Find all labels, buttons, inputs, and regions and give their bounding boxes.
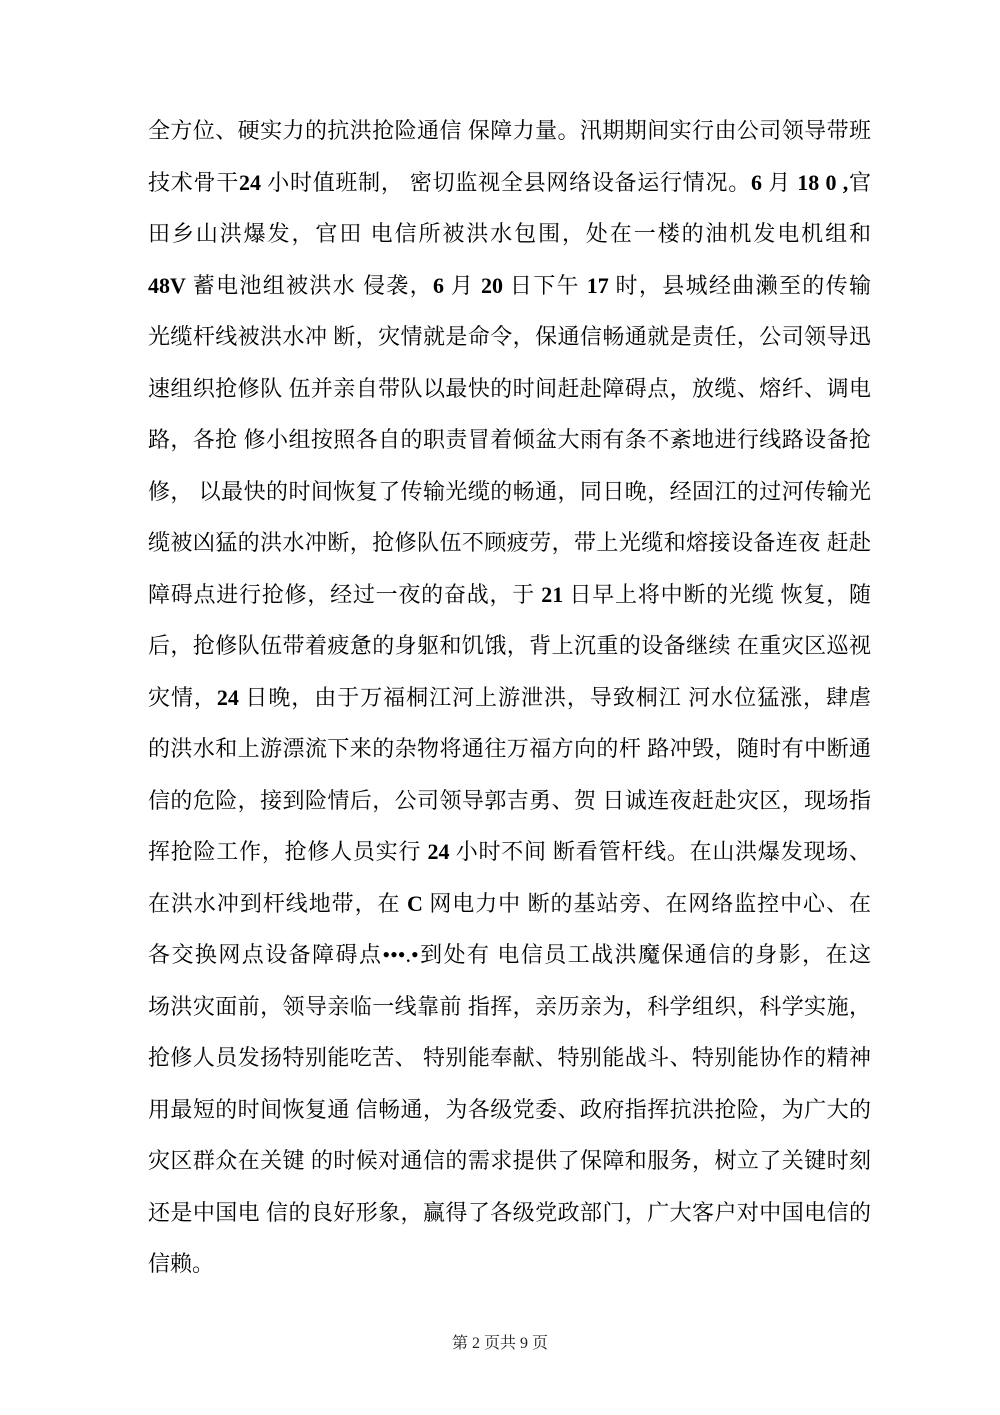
text-line: 技术骨干24 小时值班制， 密切监视全县网络设备运行情况。6 月 18 0 ,官: [148, 157, 871, 209]
text-segment: 48V: [148, 273, 186, 298]
text-segment: 信的危险，接到险情后，公司领导郭吉勇、贺 日诚连夜赶赴灾区，现场指: [148, 788, 871, 813]
text-line: 信赖。: [148, 1238, 871, 1290]
text-line: 抢修人员发扬特别能吃苦、 特别能奉献、特别能战斗、特别能协作的精神: [148, 1032, 871, 1084]
text-segment: 时，县城经曲濑至的传输: [609, 273, 871, 298]
text-segment: 技术骨干: [148, 170, 239, 195]
page-number: 第 2 页共 9 页: [452, 1335, 548, 1352]
body-text: 全方位、硬实力的抗洪抢险通信 保障力量。汛期期间实行由公司领导带班技术骨干24 …: [148, 105, 871, 1290]
text-line: 还是中国电 信的良好形象，赢得了各级党政部门，广大客户对中国电信的: [148, 1187, 871, 1239]
text-segment: 17: [587, 273, 609, 298]
text-line: 用最短的时间恢复通 信畅通，为各级党委、政府指挥抗洪抢险，为广大的: [148, 1084, 871, 1136]
text-line: 灾区群众在关键 的时候对通信的需求提供了保障和服务，树立了关键时刻: [148, 1135, 871, 1187]
text-segment: 官: [848, 170, 871, 195]
text-segment: 月: [444, 273, 481, 298]
text-line: 挥抢险工作，抢修人员实行 24 小时不间 断看管杆线。在山洪爆发现场、: [148, 826, 871, 878]
text-segment: 日早上将中断的光缆 恢复，随: [563, 582, 871, 607]
text-line: 障碍点进行抢修，经过一夜的奋战，于 21 日早上将中断的光缆 恢复，随: [148, 569, 871, 621]
text-line: 场洪灾面前，领导亲临一线靠前 指挥，亲历亲为，科学组织，科学实施，: [148, 981, 871, 1033]
text-segment: 用最短的时间恢复通 信畅通，为各级党委、政府指挥抗洪抢险，为广大的: [148, 1097, 871, 1122]
text-segment: 6: [433, 273, 444, 298]
text-segment: 抢修人员发扬特别能吃苦、 特别能奉献、特别能战斗、特别能协作的精神: [148, 1045, 871, 1070]
text-line: 各交换网点设备障碍点•••.•到处有 电信员工战洪魔保通信的身影，在这: [148, 929, 871, 981]
text-line: 全方位、硬实力的抗洪抢险通信 保障力量。汛期期间实行由公司领导带班: [148, 105, 871, 157]
text-segment: 小时不间 断看管杆线。在山洪爆发现场、: [449, 839, 871, 864]
text-segment: 日下午: [503, 273, 587, 298]
text-segment: 日晚，由于万福桐江河上游泄洪，导致桐江 河水位猛涨，肆虐: [239, 685, 871, 710]
text-segment: C: [407, 891, 423, 916]
text-line: 田乡山洪爆发，官田 电信所被洪水包围，处在一楼的油机发电机组和: [148, 208, 871, 260]
text-segment: 光缆杆线被洪水冲 断，灾情就是命令，保通信畅通就是责任，公司领导迅: [148, 324, 871, 349]
text-line: 的洪水和上游漂流下来的杂物将通往万福方向的杆 路冲毁，随时有中断通: [148, 723, 871, 775]
text-segment: 后，抢修队伍带着疲惫的身躯和饥饿，背上沉重的设备继续 在重灾区巡视: [148, 633, 871, 658]
text-segment: 蓄电池组被洪水 侵袭，: [186, 273, 433, 298]
text-segment: 18 0 ,: [797, 170, 848, 195]
text-segment: 月: [762, 170, 797, 195]
text-segment: 路，各抢 修小组按照各自的职责冒着倾盆大雨有条不紊地进行线路设备抢: [148, 427, 871, 452]
text-segment: 网电力中 断的基站旁、在网络监控中心、在: [423, 891, 871, 916]
text-line: 在洪水冲到杆线地带，在 C 网电力中 断的基站旁、在网络监控中心、在: [148, 878, 871, 930]
text-segment: 挥抢险工作，抢修人员实行: [148, 839, 427, 864]
text-segment: 在洪水冲到杆线地带，在: [148, 891, 407, 916]
document-page: 全方位、硬实力的抗洪抢险通信 保障力量。汛期期间实行由公司领导带班技术骨干24 …: [0, 0, 1000, 1415]
text-line: 缆被凶猛的洪水冲断，抢修队伍不顾疲劳，带上光缆和熔接设备连夜 赶赴: [148, 517, 871, 569]
text-segment: 的洪水和上游漂流下来的杂物将通往万福方向的杆 路冲毁，随时有中断通: [148, 736, 871, 761]
text-segment: 6: [751, 170, 762, 195]
text-segment: 小时值班制， 密切监视全县网络设备运行情况。: [261, 170, 751, 195]
text-line: 灾情，24 日晚，由于万福桐江河上游泄洪，导致桐江 河水位猛涨，肆虐: [148, 672, 871, 724]
text-segment: 还是中国电 信的良好形象，赢得了各级党政部门，广大客户对中国电信的: [148, 1200, 871, 1225]
text-segment: 障碍点进行抢修，经过一夜的奋战，于: [148, 582, 541, 607]
text-segment: 全方位、硬实力的抗洪抢险通信 保障力量。汛期期间实行由公司领导带班: [148, 118, 871, 143]
text-segment: 24: [239, 170, 261, 195]
text-segment: 田乡山洪爆发，官田 电信所被洪水包围，处在一楼的油机发电机组和: [148, 221, 871, 246]
text-line: 路，各抢 修小组按照各自的职责冒着倾盆大雨有条不紊地进行线路设备抢: [148, 414, 871, 466]
text-segment: 信赖。: [148, 1251, 214, 1276]
text-line: 后，抢修队伍带着疲惫的身躯和饥饿，背上沉重的设备继续 在重灾区巡视: [148, 620, 871, 672]
text-segment: 24: [217, 685, 239, 710]
text-line: 48V 蓄电池组被洪水 侵袭，6 月 20 日下午 17 时，县城经曲濑至的传输: [148, 260, 871, 312]
text-segment: 缆被凶猛的洪水冲断，抢修队伍不顾疲劳，带上光缆和熔接设备连夜 赶赴: [148, 530, 871, 555]
text-segment: 灾情，: [148, 685, 217, 710]
text-segment: 24: [427, 839, 449, 864]
text-segment: 场洪灾面前，领导亲临一线靠前 指挥，亲历亲为，科学组织，科学实施，: [148, 994, 871, 1019]
text-line: 修， 以最快的时间恢复了传输光缆的畅通，同日晚，经固江的过河传输光: [148, 466, 871, 518]
text-segment: 修， 以最快的时间恢复了传输光缆的畅通，同日晚，经固江的过河传输光: [148, 479, 871, 504]
page-footer: 第 2 页共 9 页: [0, 1332, 1000, 1356]
text-line: 速组织抢修队 伍并亲自带队以最快的时间赶赴障碍点，放缆、熔纤、调电: [148, 363, 871, 415]
text-segment: 速组织抢修队 伍并亲自带队以最快的时间赶赴障碍点，放缆、熔纤、调电: [148, 376, 871, 401]
text-segment: 灾区群众在关键 的时候对通信的需求提供了保障和服务，树立了关键时刻: [148, 1148, 871, 1173]
text-segment: 21: [541, 582, 563, 607]
text-line: 光缆杆线被洪水冲 断，灾情就是命令，保通信畅通就是责任，公司领导迅: [148, 311, 871, 363]
text-line: 信的危险，接到险情后，公司领导郭吉勇、贺 日诚连夜赶赴灾区，现场指: [148, 775, 871, 827]
text-segment: 各交换网点设备障碍点•••.•到处有 电信员工战洪魔保通信的身影，在这: [148, 942, 871, 967]
text-segment: 20: [481, 273, 503, 298]
